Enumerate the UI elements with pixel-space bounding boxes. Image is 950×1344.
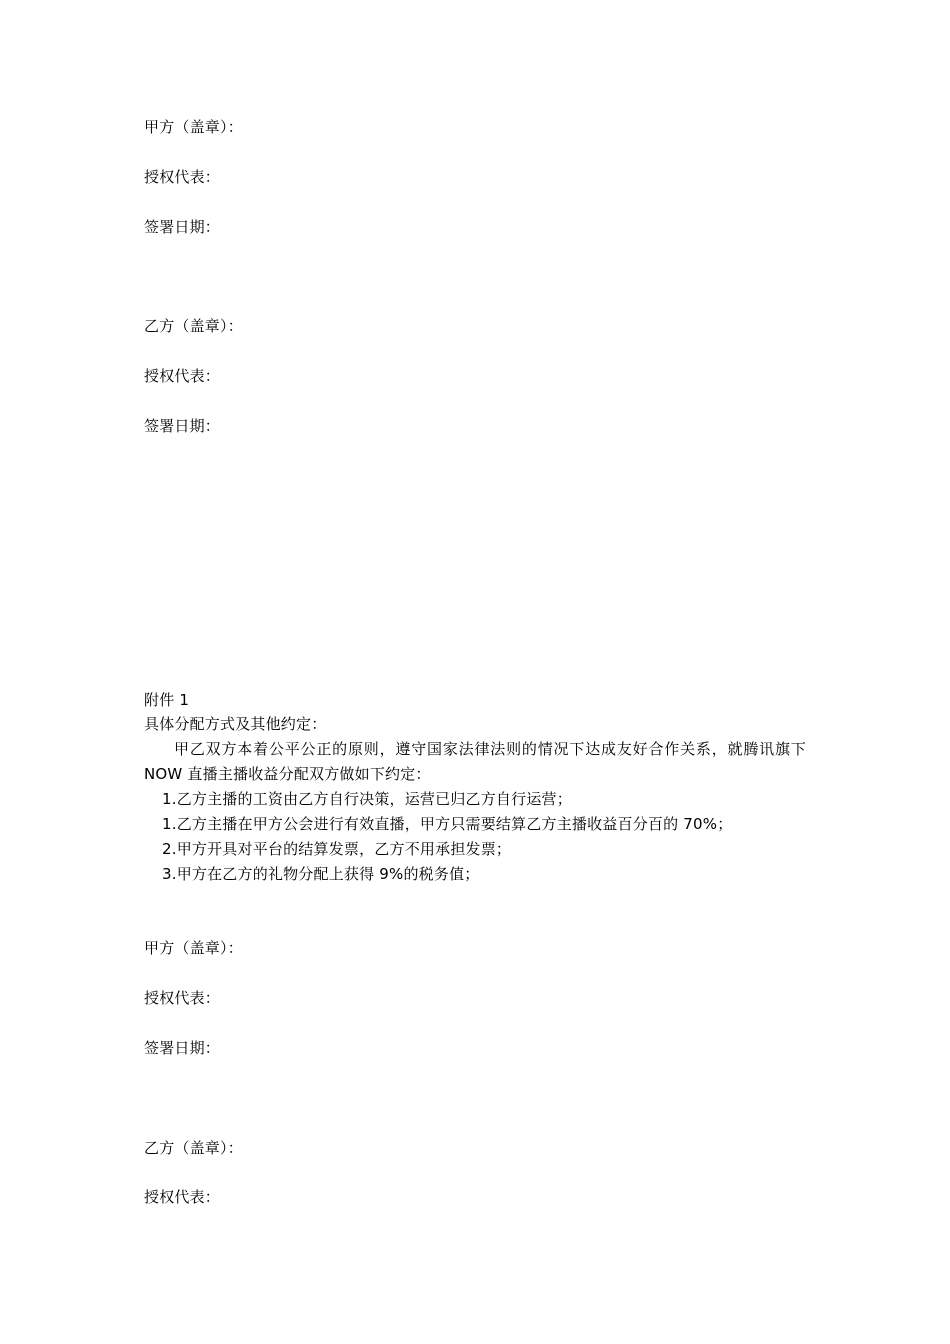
party-b-representative-label: 授权代表： bbox=[144, 366, 220, 386]
party-a-representative-label: 授权代表： bbox=[144, 167, 220, 187]
party-a-representative-label-2: 授权代表： bbox=[144, 988, 220, 1008]
attachment-list-item: 3.甲方在乙方的礼物分配上获得 9%的税务值； bbox=[162, 864, 479, 884]
attachment-subtitle: 具体分配方式及其他约定： bbox=[144, 714, 326, 734]
attachment-list-item: 1.乙方主播的工资由乙方自行决策，运营已归乙方自行运营； bbox=[162, 789, 572, 809]
party-a-seal-label-2: 甲方（盖章）： bbox=[144, 938, 243, 958]
party-b-sign-date-label: 签署日期： bbox=[144, 416, 220, 436]
attachment-intro-paragraph: 甲乙双方本着公平公正的原则，遵守国家法律法则的情况下达成友好合作关系，就腾讯旗下… bbox=[144, 737, 806, 787]
party-b-seal-label-2: 乙方（盖章）： bbox=[144, 1138, 243, 1158]
party-b-seal-label: 乙方（盖章）： bbox=[144, 316, 243, 336]
attachment-list-item: 1.乙方主播在甲方公会进行有效直播，甲方只需要结算乙方主播收益百分百的 70%； bbox=[162, 814, 732, 834]
party-a-seal-label: 甲方（盖章）： bbox=[144, 117, 243, 137]
attachment-list-item: 2.甲方开具对平台的结算发票，乙方不用承担发票； bbox=[162, 839, 511, 859]
document-page: 甲方（盖章）： 授权代表： 签署日期： 乙方（盖章）： 授权代表： 签署日期： … bbox=[0, 0, 950, 1344]
attachment-title: 附件 1 bbox=[144, 690, 189, 710]
party-b-representative-label-2: 授权代表： bbox=[144, 1187, 220, 1207]
party-a-sign-date-label: 签署日期： bbox=[144, 217, 220, 237]
party-a-sign-date-label-2: 签署日期： bbox=[144, 1038, 220, 1058]
